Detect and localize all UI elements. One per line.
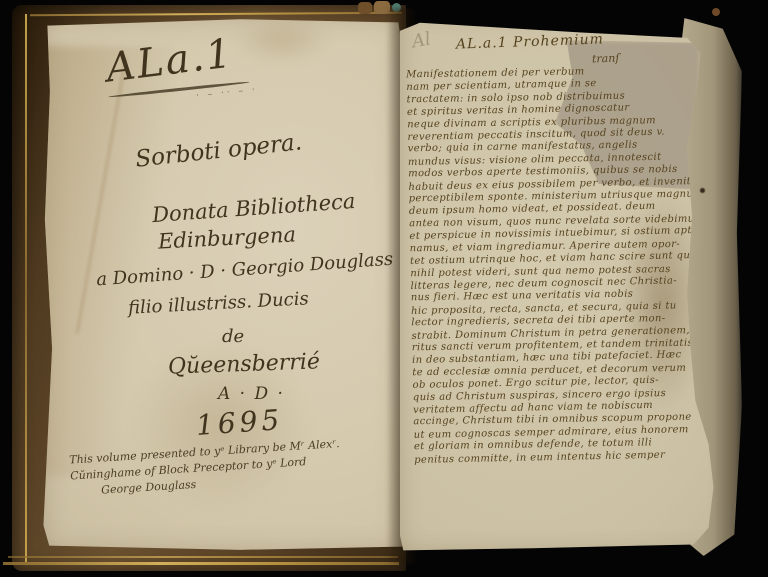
donation-line: Qŭeensberrié bbox=[168, 349, 321, 379]
manuscript-text-block: Manifestationem dei per verbumnam per sc… bbox=[406, 64, 714, 467]
donation-line: de bbox=[222, 326, 244, 347]
water-stain bbox=[42, 46, 172, 476]
manuscript-photo: ALa.1 · – ·· – · Sorboti opera. Donata B… bbox=[0, 0, 768, 577]
endband-tab-icon bbox=[358, 2, 372, 14]
pen-trial-mark: Al bbox=[410, 29, 432, 53]
right-manuscript-page: Al AL.a.1 Prohemium tranſ Manifestatione… bbox=[400, 12, 730, 552]
gilt-fillet-bottom-outer bbox=[3, 562, 399, 565]
endband-dot-icon bbox=[712, 8, 720, 16]
donation-line: Edinburgena bbox=[157, 222, 296, 253]
gilt-fillet-left bbox=[25, 14, 27, 562]
donation-line: Donata Bibliotheca bbox=[151, 189, 356, 227]
donation-line: A · D · bbox=[218, 384, 285, 404]
donation-line: a Domino · D · Georgio Douglass bbox=[96, 249, 394, 291]
work-title: Sorboti opera. bbox=[134, 129, 303, 172]
manuscript-heading: AL.a.1 Prohemium bbox=[456, 31, 604, 52]
left-flyleaf-page: ALa.1 · – ·· – · Sorboti opera. Donata B… bbox=[42, 16, 402, 552]
gift-note: This volume presented to yᵉ Library be M… bbox=[69, 432, 416, 501]
donation-line: filio illustriss. Ducis bbox=[128, 288, 310, 318]
donation-year: 1695 bbox=[195, 403, 284, 442]
gilt-fillet-bottom bbox=[8, 556, 398, 558]
manuscript-heading-sub: tranſ bbox=[592, 52, 620, 66]
shelfmark: ALa.1 bbox=[104, 30, 236, 91]
